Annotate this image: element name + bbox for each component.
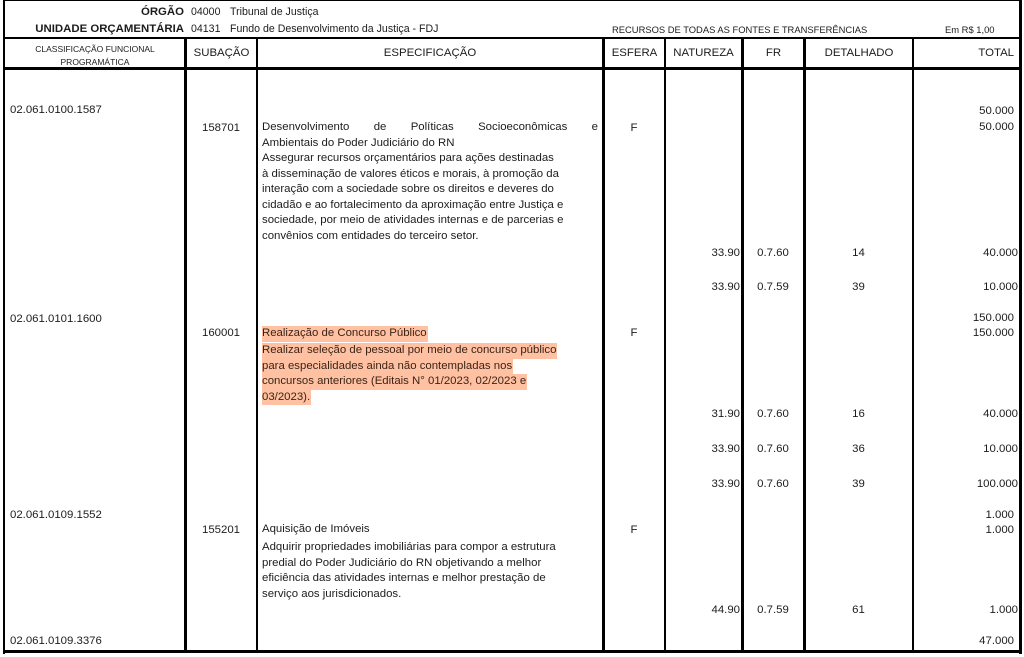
nature-value: 31.90 [665,407,740,421]
subaction-total: 50.000 [913,120,1014,134]
classification-code: 02.061.0109.1552 [10,508,102,522]
specification-description: para especialidades ainda não contemplad… [262,359,513,375]
specification-title: Realização de Concurso Público [262,326,428,342]
unit-code: 04131 [191,22,220,36]
unit-name: Fundo de Desenvolvimento da Justiça - FD… [230,22,438,36]
detailed-value: 14 [804,246,913,260]
nature-value: 33.90 [665,442,740,456]
organ-label: ÓRGÃO [141,5,184,19]
column-header-total: TOTAL [914,46,1014,60]
classification-code: 02.061.0109.3376 [10,634,102,648]
column-divider [741,38,744,652]
specification-text: Desenvolvimento de Políticas Socioeconôm… [262,120,598,244]
specification-title: Ambientais do Poder Judiciário do RN [262,136,598,152]
subaction-code: 158701 [185,121,257,135]
column-header-specification: ESPECIFICAÇÃO [258,46,602,60]
fr-value: 0.7.60 [742,477,804,491]
specification-description: à disseminação de valores éticos e morai… [262,167,598,183]
subaction-code: 155201 [185,523,257,537]
classification-code: 02.061.0100.1587 [10,103,102,117]
specification-description: Assegurar recursos orçamentários para aç… [262,151,598,167]
specification-description: interação com a sociedade sobre os direi… [262,182,598,198]
specification-description: Realizar seleção de pessoal por meio de … [262,343,557,359]
detailed-value: 39 [804,477,913,491]
sphere-value: F [603,326,665,340]
detail-total: 1.000 [913,603,1018,617]
frame-right-border [1019,0,1022,654]
specification-description: convênios com entidades do terceiro seto… [262,229,598,245]
detail-total: 100.000 [913,477,1018,491]
column-header-classification: CLASSIFICAÇÃO FUNCIONAL PROGRAMÁTICA [5,43,185,68]
fr-value: 0.7.60 [742,442,804,456]
specification-description: 03/2023). [262,390,311,406]
fr-value: 0.7.60 [742,407,804,421]
nature-value: 33.90 [665,477,740,491]
specification-description: eficiência das atividades internas e mel… [262,571,598,587]
budget-report-page: ÓRGÃO 04000 Tribunal de Justiça UNIDADE … [0,0,1024,657]
specification-title-highlighted: Realização de Concurso Público [262,326,598,342]
program-total: 1.000 [913,508,1014,522]
column-header-fr: FR [744,46,803,60]
classification-code: 02.061.0101.1600 [10,312,102,326]
sphere-value: F [603,523,665,537]
program-total: 47.000 [913,634,1014,648]
organ-code: 04000 [191,5,220,19]
specification-description: predial do Poder Judiciário do RN objeti… [262,556,598,572]
program-total: 150.000 [913,311,1014,325]
frame-bottom-border [3,650,1022,653]
nature-value: 33.90 [665,280,740,294]
nature-value: 33.90 [665,246,740,260]
resources-note: RECURSOS DE TODAS AS FONTES E TRANSFERÊN… [612,23,867,37]
detail-total: 10.000 [913,280,1018,294]
detailed-value: 61 [804,603,913,617]
specification-title: Desenvolvimento de Políticas Socioeconôm… [262,120,598,136]
specification-text: Aquisição de Imóveis [262,522,598,538]
detailed-value: 16 [804,407,913,421]
frame-top-border [3,0,1022,1]
sphere-value: F [603,121,665,135]
specification-description: Adquirir propriedades imobiliárias para … [262,540,598,556]
detailed-value: 39 [804,280,913,294]
specification-description: cidadão e ao fortalecimento da aproximaç… [262,198,598,214]
program-total: 50.000 [913,104,1014,118]
subaction-code: 160001 [185,326,257,340]
fr-value: 0.7.59 [742,603,804,617]
specification-description: sociedade, por meio de atividades intern… [262,213,598,229]
detail-total: 40.000 [913,246,1018,260]
specification-description: concursos anteriores (Editais N° 01/2023… [262,374,527,390]
specification-description-highlighted: Realizar seleção de pessoal por meio de … [262,343,598,405]
organ-name: Tribunal de Justiça [230,5,319,19]
column-divider [803,38,806,652]
subaction-total: 150.000 [913,326,1014,340]
unit-label: UNIDADE ORÇAMENTÁRIA [35,22,184,36]
fr-value: 0.7.59 [742,280,804,294]
header-divider [3,37,1022,39]
specification-title: Aquisição de Imóveis [262,522,598,538]
column-header-detailed: DETALHADO [806,46,912,60]
fr-value: 0.7.60 [742,246,804,260]
subaction-total: 1.000 [913,523,1014,537]
column-header-subaction: SUBAÇÃO [187,46,256,60]
column-header-nature: NATUREZA [666,46,741,60]
nature-value: 44.90 [665,603,740,617]
specification-text: Adquirir propriedades imobiliárias para … [262,540,598,602]
frame-left-border [3,0,5,654]
currency-note: Em R$ 1,00 [945,23,995,37]
column-header-sphere: ESFERA [605,46,664,60]
detail-total: 40.000 [913,407,1018,421]
detail-total: 10.000 [913,442,1018,456]
specification-description: serviço aos jurisdicionados. [262,587,598,603]
detailed-value: 36 [804,442,913,456]
